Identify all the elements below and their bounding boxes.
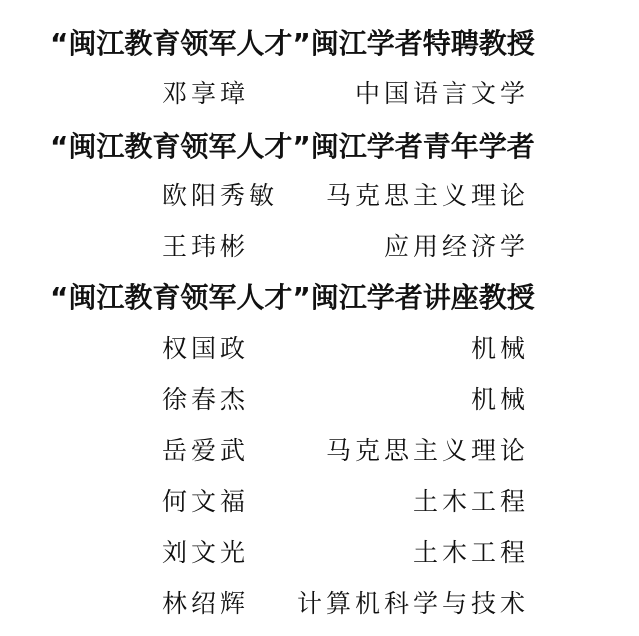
list-item: 欧阳秀敏 马克思主义理论	[0, 178, 639, 214]
person-name: 欧阳秀敏	[162, 178, 278, 214]
discipline: 机械	[471, 382, 529, 418]
person-name: 林绍辉	[162, 586, 249, 622]
section-heading-chair-professor: “闽江教育领军人才”闽江学者讲座教授	[50, 280, 610, 316]
list-item: 邓享璋 中国语言文学	[0, 76, 639, 112]
person-name: 刘文光	[162, 535, 249, 571]
section-heading-distinguished-professor: “闽江教育领军人才”闽江学者特聘教授	[50, 26, 610, 62]
list-item: 林绍辉 计算机科学与技术	[0, 586, 639, 622]
section-heading-young-scholar: “闽江教育领军人才”闽江学者青年学者	[50, 129, 610, 165]
person-name: 徐春杰	[162, 382, 249, 418]
discipline: 中国语言文学	[355, 76, 529, 112]
list-item: 岳爱武 马克思主义理论	[0, 433, 639, 469]
discipline: 计算机科学与技术	[297, 586, 529, 622]
list-item: 刘文光 土木工程	[0, 535, 639, 571]
discipline: 马克思主义理论	[326, 433, 529, 469]
person-name: 权国政	[162, 331, 249, 367]
discipline: 应用经济学	[384, 229, 529, 265]
discipline: 马克思主义理论	[326, 178, 529, 214]
list-item: 徐春杰 机械	[0, 382, 639, 418]
list-item: 王玮彬 应用经济学	[0, 229, 639, 265]
person-name: 邓享璋	[162, 76, 249, 112]
discipline: 土木工程	[413, 535, 529, 571]
discipline: 机械	[471, 331, 529, 367]
list-item: 何文福 土木工程	[0, 484, 639, 520]
discipline: 土木工程	[413, 484, 529, 520]
person-name: 何文福	[162, 484, 249, 520]
list-item: 权国政 机械	[0, 331, 639, 367]
person-name: 岳爱武	[162, 433, 249, 469]
person-name: 王玮彬	[162, 229, 249, 265]
